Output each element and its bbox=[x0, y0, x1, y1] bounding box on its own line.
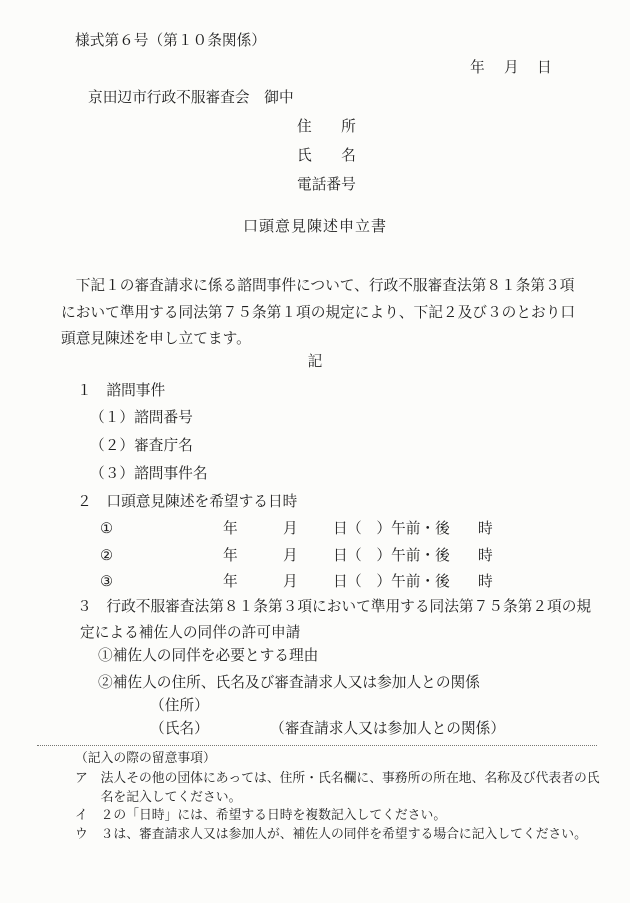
form-number: 様式第６号（第１０条関係） bbox=[75, 31, 630, 51]
schedule-row-2: ② 年 月 日 （ ） 午前・後 時 bbox=[0, 546, 630, 566]
date-year-label: 年 bbox=[470, 58, 485, 78]
day-label: 日 bbox=[333, 519, 348, 539]
note-line-a: ア 法人その他の団体にあっては、住所・氏名欄に、事務所の所在地、名称及び代表者の… bbox=[75, 770, 630, 786]
date-month-label: 月 bbox=[504, 58, 519, 78]
applicant-name-label: 氏 名 bbox=[297, 146, 630, 166]
oral-statement-application-form: 様式第６号（第１０条関係） 年 月 日 京田辺市行政不服審査会 御中 住 所 氏… bbox=[0, 0, 630, 903]
body-paragraph-line: において準用する同法第７５条第１項の規定により、下記２及び３のとおり口 bbox=[61, 303, 630, 323]
addressee: 京田辺市行政不服審査会 御中 bbox=[88, 88, 630, 108]
section3-heading-line1: ３ 行政不服審査法第８１条第３項において準用する同法第７５条第２項の規 bbox=[77, 597, 630, 617]
weekday-paren: （ ） bbox=[347, 546, 391, 566]
hour-label: 時 bbox=[478, 519, 493, 539]
note-line-a-cont: 名を記入してください。 bbox=[75, 789, 630, 805]
circled-3-marker: ③ bbox=[100, 572, 113, 592]
ampm-label: 午前・後 bbox=[391, 546, 450, 566]
section1-item: （１）諮問番号 bbox=[90, 408, 630, 428]
year-label: 年 bbox=[223, 546, 238, 566]
section1-item: （３）諮問事件名 bbox=[90, 464, 630, 484]
day-label: 日 bbox=[333, 546, 348, 566]
year-label: 年 bbox=[223, 572, 238, 592]
schedule-row-1: ① 年 月 日 （ ） 午前・後 時 bbox=[0, 519, 630, 539]
section1-item: （２）審査庁名 bbox=[90, 436, 630, 456]
weekday-paren: （ ） bbox=[347, 572, 391, 592]
circled-1-marker: ① bbox=[100, 519, 113, 539]
month-label: 月 bbox=[283, 572, 298, 592]
section3-sub-item: ②補佐人の住所、氏名及び審査請求人又は参加人との関係 bbox=[98, 673, 630, 693]
year-label: 年 bbox=[223, 519, 238, 539]
section1-heading: １ 諮問事件 bbox=[77, 381, 630, 401]
dotted-divider bbox=[37, 745, 597, 746]
date-day-label: 日 bbox=[537, 58, 552, 78]
section3-sub-item: ①補佐人の同伴を必要とする理由 bbox=[98, 646, 630, 666]
day-label: 日 bbox=[333, 572, 348, 592]
document-title: 口頭意見陳述申立書 bbox=[0, 217, 630, 237]
assistant-relation-paren: （審査請求人又は参加人との関係） bbox=[270, 719, 505, 739]
weekday-paren: （ ） bbox=[347, 519, 391, 539]
hour-label: 時 bbox=[478, 546, 493, 566]
schedule-row-3: ③ 年 月 日 （ ） 午前・後 時 bbox=[0, 572, 630, 592]
month-label: 月 bbox=[283, 519, 298, 539]
month-label: 月 bbox=[283, 546, 298, 566]
section2-heading: ２ 口頭意見陳述を希望する日時 bbox=[77, 492, 630, 512]
applicant-address-label: 住 所 bbox=[297, 117, 630, 137]
applicant-phone-label: 電話番号 bbox=[297, 175, 630, 195]
circled-2-marker: ② bbox=[100, 546, 113, 566]
body-paragraph-line: 下記１の審査請求に係る諮問事件について、行政不服審査法第８１条第３項 bbox=[61, 276, 630, 296]
notes-title: （記入の際の留意事項） bbox=[75, 750, 630, 766]
assistant-name-paren: （氏名） bbox=[150, 719, 209, 739]
date-line: 年 月 日 bbox=[0, 58, 630, 78]
body-paragraph-line: 頭意見陳述を申し立てます。 bbox=[61, 329, 630, 349]
assistant-address-paren: （住所） bbox=[150, 696, 630, 716]
ampm-label: 午前・後 bbox=[391, 572, 450, 592]
ampm-label: 午前・後 bbox=[391, 519, 450, 539]
ki-separator: 記 bbox=[0, 352, 630, 372]
section3-heading-line2: 定による補佐人の同伴の許可申請 bbox=[80, 623, 630, 643]
hour-label: 時 bbox=[478, 572, 493, 592]
note-line-u: ウ ３は、審査請求人又は参加人が、補佐人の同伴を希望する場合に記入してください。 bbox=[75, 826, 630, 842]
note-line-i: イ ２の「日時」には、希望する日時を複数記入してください。 bbox=[75, 807, 630, 823]
assistant-name-row: （氏名） （審査請求人又は参加人との関係） bbox=[0, 719, 630, 739]
